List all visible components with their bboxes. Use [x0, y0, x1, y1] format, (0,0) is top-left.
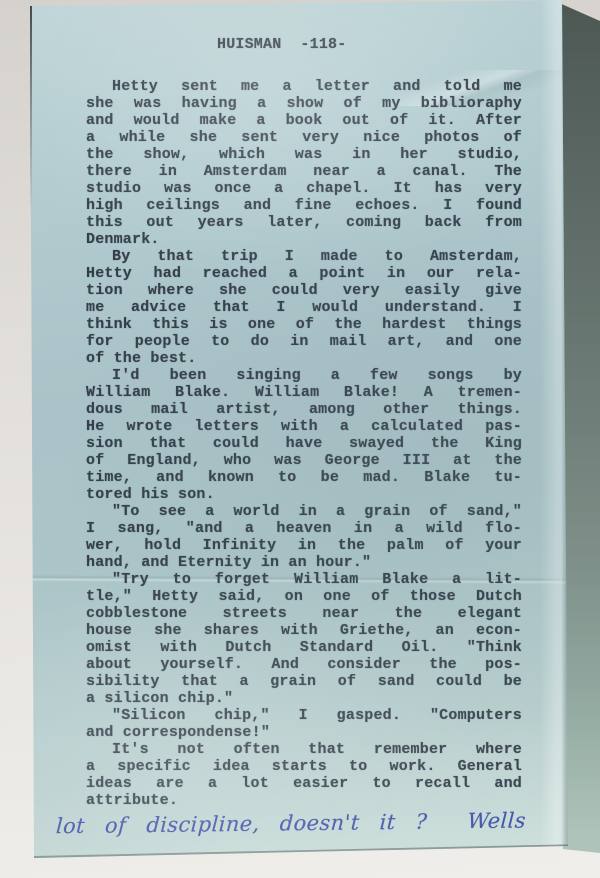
typed-line: a while she sent very nice photos of [86, 129, 522, 146]
typed-line: William Blake. William Blake! A tremen- [86, 384, 522, 401]
typed-line: dous mail artist, among other things. [86, 401, 522, 418]
typed-line: Denmark. [86, 231, 522, 248]
typed-line: tle," Hetty said, on one of those Dutch [86, 588, 522, 605]
photo-background: HUISMAN -118- Hetty sent me a letter and… [0, 0, 600, 878]
typed-line: she was having a show of my biblioraphy [86, 95, 522, 112]
typed-line: cobblestone streets near the elegant [86, 605, 522, 622]
typed-line: He wrote letters with a calculated pas- [86, 418, 522, 435]
typed-text-block: Hetty sent me a letter and told meshe wa… [86, 78, 522, 809]
paper-bottom-edge [34, 844, 570, 859]
typed-line: It's not often that remember where [86, 741, 522, 758]
typed-line: omist with Dutch Standard Oil. "Think [86, 639, 522, 656]
typed-line: wer, hold Infinity in the palm of your [86, 537, 522, 554]
typed-line: for people to do in mail art, and one [86, 333, 522, 350]
typed-line: "To see a world in a grain of sand," [86, 503, 522, 520]
typed-line: tored his son. [86, 486, 522, 503]
typed-line: about yourself. And consider the pos- [86, 656, 522, 673]
typed-line: I'd been singing a few songs by [86, 367, 522, 384]
typed-line: high ceilings and fine echoes. I found [86, 197, 522, 214]
typed-line: ideas are a lot easier to recall and [86, 775, 522, 792]
typed-line: studio was once a chapel. It has very [86, 180, 522, 197]
typed-line: tion where she could very easily give [86, 282, 522, 299]
typed-line: house she shares with Griethe, an econ- [86, 622, 522, 639]
header-author: HUISMAN [217, 36, 281, 53]
typed-line: By that trip I made to Amsterdam, [86, 248, 522, 265]
typed-line: think this is one of the hardest things [86, 316, 522, 333]
typed-line: and correspondense!" [86, 724, 522, 741]
typed-line: a silicon chip." [86, 690, 522, 707]
typed-line: of England, who was George III at the [86, 452, 522, 469]
paper-left-edge [25, 4, 32, 860]
page-header: HUISMAN -118- [86, 36, 522, 53]
header-page-number: -118- [300, 36, 346, 53]
typed-line: this out years later, coming back from [86, 214, 522, 231]
typewritten-page: HUISMAN -118- Hetty sent me a letter and… [0, 0, 600, 878]
typed-line: the show, which was in her studio, [86, 146, 522, 163]
typed-line: and would make a book out of it. After [86, 112, 522, 129]
typed-line: there in Amsterdam near a canal. The [86, 163, 522, 180]
typed-line: time, and known to be mad. Blake tu- [86, 469, 522, 486]
typed-line: Hetty had reached a point in our rela- [86, 265, 522, 282]
typed-line: attribute. [86, 792, 522, 809]
typed-line: me advice that I would understand. I [86, 299, 522, 316]
handwritten-note: lot of discipline, doesn't it ? Wells [55, 807, 576, 839]
typed-line: "Try to forget William Blake a lit- [86, 571, 522, 588]
typed-line: I sang, "and a heaven in a wild flo- [86, 520, 522, 537]
typed-line: a specific idea starts to work. General [86, 758, 522, 775]
typed-line: of the best. [86, 350, 522, 367]
typed-line: "Silicon chip," I gasped. "Computers [86, 707, 522, 724]
typed-line: sion that could have swayed the King [86, 435, 522, 452]
typed-line: hand, and Eternity in an hour." [86, 554, 522, 571]
typed-line: sibility that a grain of sand could be [86, 673, 522, 690]
typed-line: Hetty sent me a letter and told me [86, 78, 522, 95]
